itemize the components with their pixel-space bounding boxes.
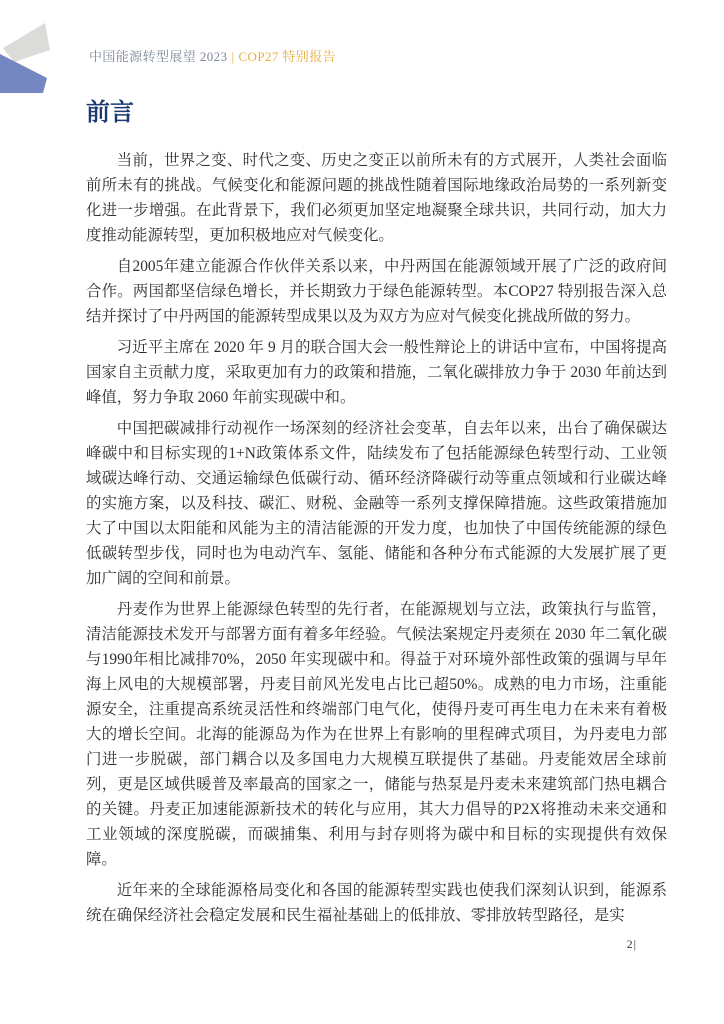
paragraph: 近年来的全球能源格局变化和各国的能源转型实践也使我们深刻认识到，能源系统在确保经… xyxy=(86,878,667,928)
paragraph: 中国把碳减排行动视作一场深刻的经济社会变革，自去年以来，出台了确保碳达峰碳中和目… xyxy=(86,416,667,591)
header-separator: | xyxy=(231,49,234,64)
report-header: 中国能源转型展望 2023|COP27 特别报告 xyxy=(89,46,336,65)
paragraph: 自2005年建立能源合作伙伴关系以来，中丹两国在能源领域开展了广泛的政府间合作。… xyxy=(86,254,667,329)
logo-gray-band xyxy=(3,23,50,62)
report-title: 中国能源转型展望 2023 xyxy=(89,49,227,64)
chevron-ribbon-logo-icon xyxy=(0,15,70,115)
paragraph: 习近平主席在 2020 年 9 月的联合国大会一般性辩论上的讲话中宣布，中国将提… xyxy=(86,335,667,410)
report-subtitle: COP27 特别报告 xyxy=(238,49,336,64)
document-page: 中国能源转型展望 2023|COP27 特别报告 前言 当前，世界之变、时代之变… xyxy=(0,0,724,1024)
page-number: 2| xyxy=(627,937,637,952)
body-text: 当前，世界之变、时代之变、历史之变正以前所未有的方式展开，人类社会面临前所未有的… xyxy=(86,148,667,934)
page-title: 前言 xyxy=(86,92,134,127)
logo-blue-band xyxy=(0,54,47,93)
paragraph: 丹麦作为世界上能源绿色转型的先行者，在能源规划与立法，政策执行与监管，清洁能源技… xyxy=(86,597,667,872)
paragraph: 当前，世界之变、时代之变、历史之变正以前所未有的方式展开，人类社会面临前所未有的… xyxy=(86,148,667,248)
